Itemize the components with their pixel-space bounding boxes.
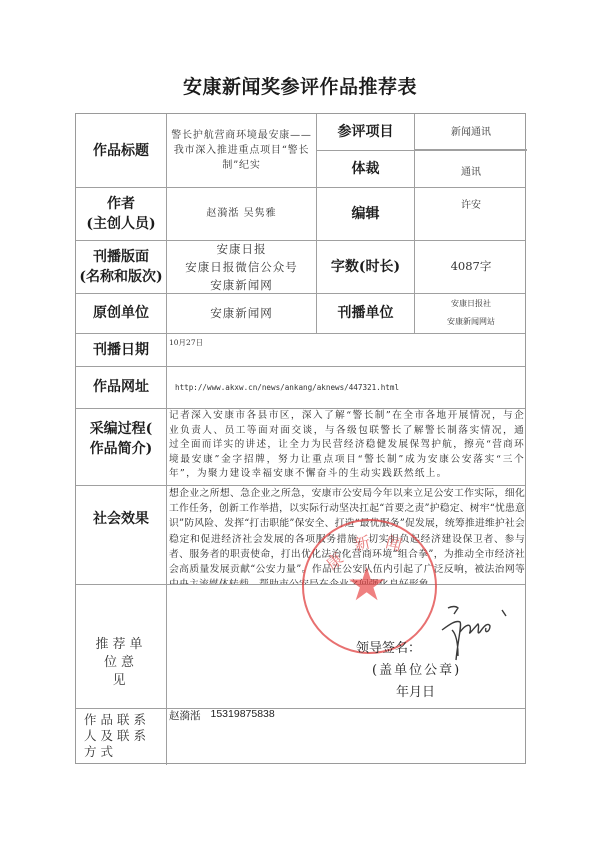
seal-char: 新 [352, 530, 372, 556]
publishing-unit-label: 刊播单位 [317, 293, 414, 333]
contact-name: 赵漪湉 [169, 708, 201, 723]
author-label-line1: 作者 [107, 194, 135, 214]
author-label: 作者 (主创人员) [76, 187, 166, 240]
recommendation-label-line: 见 [112, 672, 129, 690]
publication-page-value: 安康日报微信公众号 [185, 258, 298, 276]
seal-char: 康 [320, 547, 347, 575]
editing-process-label-line1: 采编过程( [90, 419, 153, 439]
genre-label: 体裁 [317, 150, 414, 187]
contact-label-line: 作品联系 [84, 712, 150, 728]
date-label: 年月日 [396, 682, 461, 704]
publication-page-label-line1: 刊播版面 [93, 247, 149, 267]
author-label-line2: (主创人员) [86, 214, 155, 234]
contact-label-line: 方式 [84, 744, 117, 760]
publication-page-label-line2: (名称和版次) [79, 267, 162, 287]
author-value: 赵漪湉 吴隽雅 [167, 187, 316, 240]
seal-char: 闻 [383, 529, 404, 555]
official-seal-stamp: 康 新 闻 ★ [302, 519, 437, 654]
publication-page-value: 安康日报 [217, 240, 267, 258]
word-count-value: 4087字 [415, 240, 527, 293]
work-title-label: 作品标题 [76, 114, 166, 187]
entry-category-value: 新闻通讯 [415, 114, 527, 150]
publish-date-label: 刊播日期 [76, 333, 166, 366]
publication-page-label: 刊播版面 (名称和版次) [76, 240, 166, 293]
star-icon: ★ [346, 561, 387, 607]
recommendation-label-line: 位意 [104, 654, 138, 672]
document-title: 安康新闻奖参评作品推荐表 [0, 72, 600, 99]
editor-value: 许安 [415, 187, 527, 240]
publishing-unit-values: 安康日报社 安康新闻网站 [415, 293, 527, 333]
work-title-value: 警长护航营商环境最安康——我市深入推进重点项目“警长制”纪实 [167, 114, 316, 187]
genre-value: 通讯 [415, 150, 527, 187]
entry-category-label: 参评项目 [317, 114, 414, 150]
publication-page-value: 安康新闻网 [210, 276, 273, 294]
recommendation-label-line: 推荐单 [95, 636, 146, 654]
recommendation-label: 推荐单 位意 见 [76, 584, 166, 708]
editing-process-label: 采编过程( 作品简介) [76, 408, 166, 485]
contact-value: 赵漪湉 15319875838 [167, 708, 527, 764]
word-count-label: 字数(时长) [317, 240, 414, 293]
editor-label: 编辑 [317, 187, 414, 240]
original-unit-label: 原创单位 [76, 293, 166, 333]
contact-phone: 15319875838 [211, 708, 275, 720]
editing-process-text: 记者深入安康市各县市区，深入了解“警长制”在全市各地开展情况，与企业负责人、员工… [167, 408, 527, 485]
handwritten-signature-icon [430, 600, 520, 680]
publish-date-value: 10月27日 [167, 333, 527, 366]
work-url-label: 作品网址 [76, 366, 166, 408]
publication-page-values: 安康日报 安康日报微信公众号 安康新闻网 [167, 240, 316, 293]
editing-process-label-line2: 作品简介) [90, 439, 153, 459]
original-unit-value: 安康新闻网 [167, 293, 316, 333]
work-url-link[interactable]: http://www.akxw.cn/news/ankang/aknews/44… [167, 366, 527, 408]
contact-label-line: 人及联系 [84, 728, 150, 744]
publishing-unit-value: 安康新闻网站 [447, 313, 495, 331]
social-effect-label: 社会效果 [76, 485, 166, 584]
publishing-unit-value: 安康日报社 [451, 295, 491, 313]
contact-label: 作品联系 人及联系 方式 [76, 708, 166, 764]
